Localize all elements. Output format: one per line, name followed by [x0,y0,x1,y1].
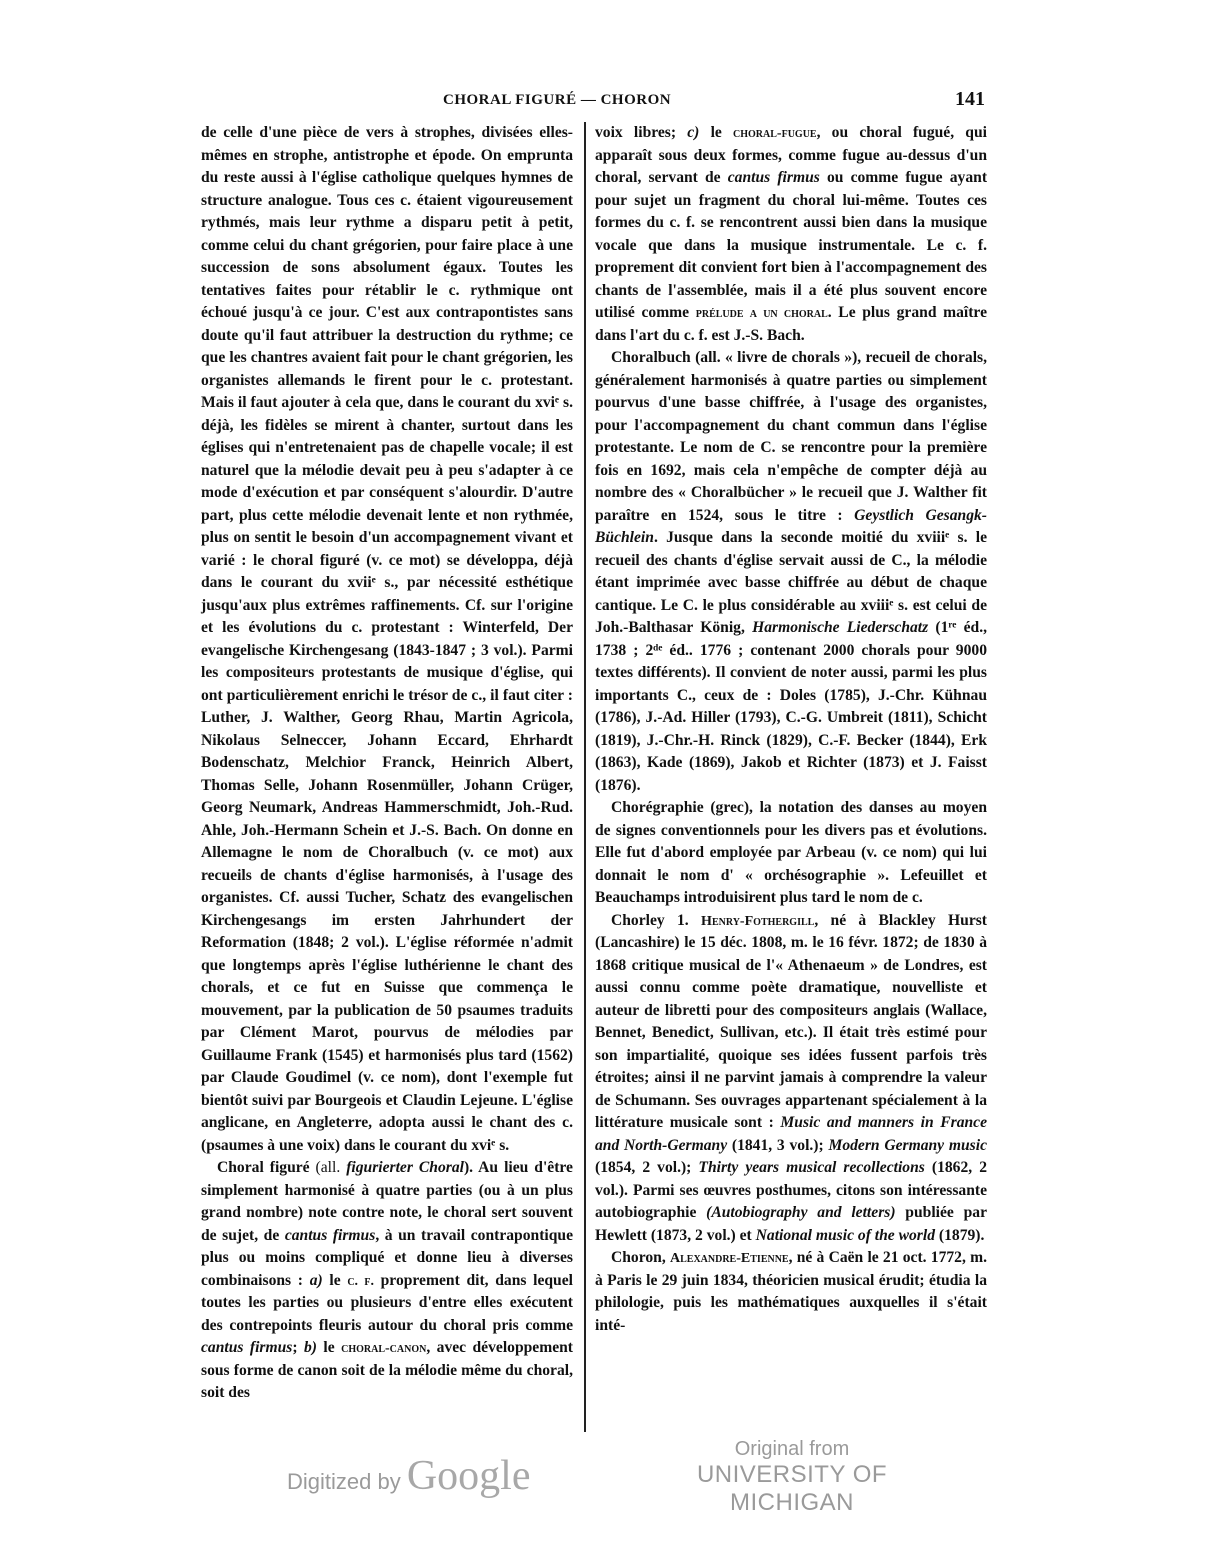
right-column: voix libres; c) le choral-fugue, ou chor… [595,122,987,1337]
running-title: CHORAL FIGURÉ — CHORON [443,92,671,109]
original-source: Original from UNIVERSITY OF MICHIGAN [657,1438,927,1517]
headword: Choralbuch [611,349,691,366]
choral-entry-continuation: de celle d'une pièce de vers à strophes,… [201,122,573,1157]
entry-chorley: Chorley 1. Henry-Fothergill, né à Blackl… [595,910,987,1248]
page-number: 141 [955,88,985,111]
google-logo: Google [407,1453,531,1499]
entry-choralbuch: Choralbuch (all. « livre de chorals »), … [595,347,987,797]
column-divider [584,122,586,1432]
digitization-watermark: Digitized by Google Original from UNIVER… [195,1438,995,1498]
digitized-by-google: Digitized by Google [287,1452,531,1500]
entry-choral-figure: Choral figuré (all. figurierter Choral).… [201,1157,573,1405]
entry-choregraphie: Chorégraphie (grec), la notation des dan… [595,797,987,910]
headword: Choron [611,1249,662,1266]
left-column: de celle d'une pièce de vers à strophes,… [201,122,573,1405]
headword: Chorégraphie [611,799,704,816]
entry-choron: Choron, Alexandre-Etienne, né à Caën le … [595,1247,987,1337]
voix-libres: voix libres; [595,124,687,141]
headword: Choral figuré [217,1159,310,1176]
page-header: CHORAL FIGURÉ — CHORON 141 [195,88,985,116]
choral-figure-continuation: voix libres; c) le choral-fugue, ou chor… [595,122,987,347]
headword: Chorley [611,912,665,929]
institution-name: UNIVERSITY OF MICHIGAN [657,1461,927,1517]
